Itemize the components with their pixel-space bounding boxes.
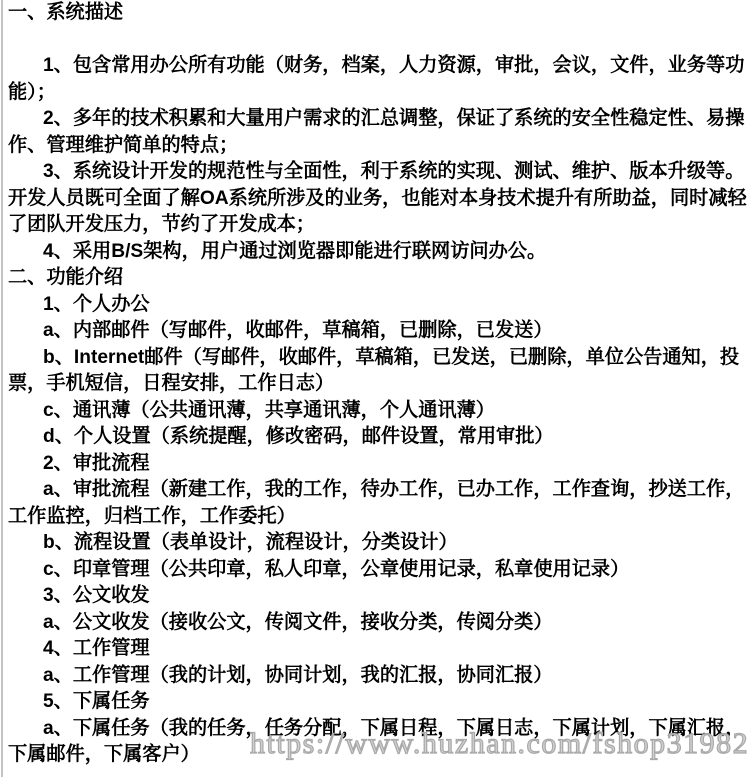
feature-group-approval-flow: 2、审批流程 <box>8 451 750 478</box>
feature-group-official-docs: 3、公文收发 <box>8 583 750 610</box>
section-heading-feature-intro: 二、功能介绍 <box>8 265 750 292</box>
system-point-4: 4、采用B/S架构，用户通过浏览器即能进行联网访问办公。 <box>8 239 750 266</box>
feature-seal-management: c、印章管理（公共印章，私人印章，公章使用记录，私章使用记录） <box>8 557 750 584</box>
feature-work-management: a、工作管理（我的计划，协同计划，我的汇报，协同汇报） <box>8 663 750 690</box>
left-margin-line <box>1 0 3 777</box>
feature-official-docs: a、公文收发（接收公文，传阅文件，接收分类，传阅分类） <box>8 610 750 637</box>
system-point-1: 1、包含常用办公所有功能（财务，档案，人力资源，审批，会议，文件，业务等功能）； <box>8 53 750 106</box>
feature-approval-flow: a、审批流程（新建工作，我的工作，待办工作，已办工作，工作查询，抄送工作，工作监… <box>8 477 750 530</box>
feature-group-personal-office: 1、个人办公 <box>8 292 750 319</box>
system-point-3: 3、系统设计开发的规范性与全面性，利于系统的实现、测试、维护、版本升级等。开发人… <box>8 159 750 239</box>
blank-line <box>8 27 750 54</box>
feature-internet-mail: b、Internet邮件（写邮件，收邮件，草稿箱，已发送，已删除，单位公告通知，… <box>8 345 750 398</box>
feature-subordinate-tasks: a、下属任务（我的任务，任务分配，下属日程，下属日志，下属计划，下属汇报，下属邮… <box>8 716 750 769</box>
section-heading-system-description: 一、系统描述 <box>8 0 750 27</box>
feature-address-book: c、通讯薄（公共通讯薄，共享通讯薄，个人通讯薄） <box>8 398 750 425</box>
feature-group-work-management: 4、工作管理 <box>8 636 750 663</box>
feature-group-subordinate-tasks: 5、下属任务 <box>8 689 750 716</box>
oa-system-document: 一、系统描述 1、包含常用办公所有功能（财务，档案，人力资源，审批，会议，文件，… <box>0 0 750 777</box>
feature-personal-settings: d、个人设置（系统提醒，修改密码，邮件设置，常用审批） <box>8 424 750 451</box>
feature-flow-settings: b、流程设置（表单设计，流程设计，分类设计） <box>8 530 750 557</box>
system-point-2: 2、多年的技术积累和大量用户需求的汇总调整，保证了系统的安全性稳定性、易操作、管… <box>8 106 750 159</box>
feature-internal-mail: a、内部邮件（写邮件，收邮件，草稿箱，已删除，已发送） <box>8 318 750 345</box>
